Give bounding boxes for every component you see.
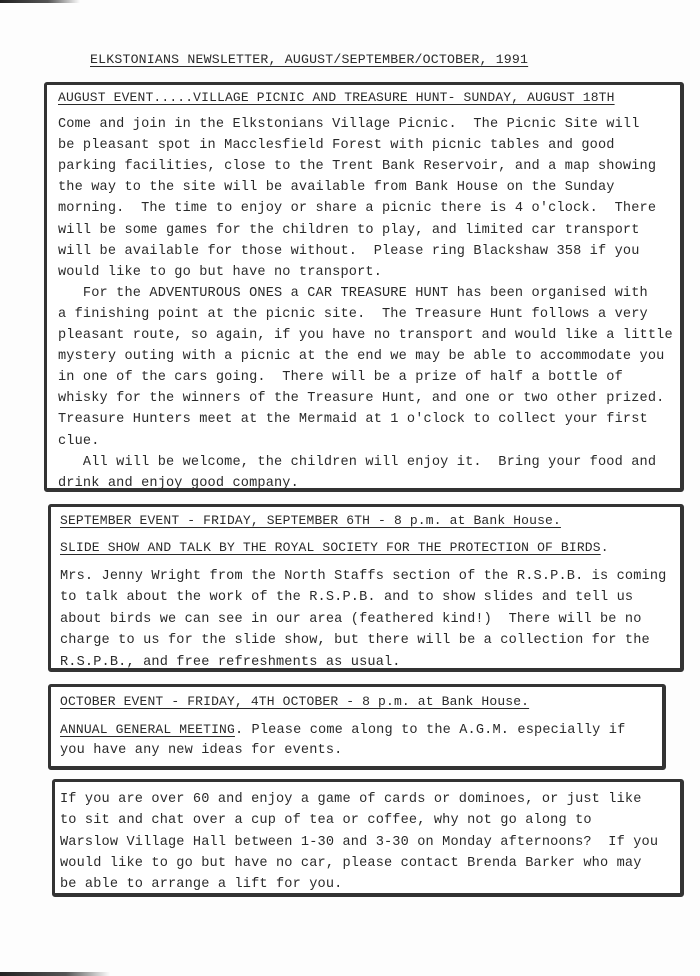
body-text-line: to talk about the work of the R.S.P.B. a… — [60, 590, 633, 605]
body-text-line: mystery outing with a picnic at the end … — [58, 349, 664, 364]
body-text-line: charge to us for the slide show, but the… — [60, 633, 650, 648]
body-text-line: Treasure Hunters meet at the Mermaid at … — [58, 412, 648, 427]
september-event-heading: SEPTEMBER EVENT - FRIDAY, SEPTEMBER 6TH … — [60, 513, 561, 528]
body-text-line: R.S.P.B., and free refreshments as usual… — [60, 655, 401, 670]
august-event-heading: AUGUST EVENT.....VILLAGE PICNIC AND TREA… — [58, 90, 615, 105]
body-text-line: be able to arrange a lift for you. — [60, 877, 342, 892]
body-text-line: will be some games for the children to p… — [58, 223, 640, 238]
scan-shadow — [0, 0, 80, 3]
october-agm-line: ANNUAL GENERAL MEETING. Please come alon… — [60, 722, 625, 738]
body-text-line: to sit and chat over a cup of tea or cof… — [60, 813, 592, 828]
body-text-line: parking facilities, close to the Trent B… — [58, 159, 656, 174]
body-text-line: If you are over 60 and enjoy a game of c… — [60, 792, 642, 807]
body-text-line: clue. — [58, 434, 100, 449]
september-event-subheading: SLIDE SHOW AND TALK BY THE ROYAL SOCIETY… — [60, 540, 609, 555]
september-subheading-text: SLIDE SHOW AND TALK BY THE ROYAL SOCIETY… — [60, 540, 601, 555]
body-text-line: a finishing point at the picnic site. Th… — [58, 307, 648, 322]
body-text-line: you have any new ideas for events. — [60, 743, 342, 758]
agm-label: ANNUAL GENERAL MEETING — [60, 722, 235, 737]
body-text-line: would like to go but have no transport. — [58, 265, 382, 280]
october-event-heading: OCTOBER EVENT - FRIDAY, 4TH OCTOBER - 8 … — [60, 694, 529, 709]
body-text-line: For the ADVENTUROUS ONES a CAR TREASURE … — [58, 286, 648, 301]
body-text-line: Warslow Village Hall between 1-30 and 3-… — [60, 835, 658, 850]
body-text-line: about birds we can see in our area (feat… — [60, 612, 642, 627]
newsletter-title: ELKSTONIANS NEWSLETTER, AUGUST/SEPTEMBER… — [90, 52, 528, 67]
body-text-line: be pleasant spot in Macclesfield Forest … — [58, 138, 615, 153]
body-text-line: Come and join in the Elkstonians Village… — [58, 117, 640, 132]
body-text-line: will be available for those without. Ple… — [58, 244, 640, 259]
body-text-line: pleasant route, so again, if you have no… — [58, 328, 673, 343]
body-text-line: Mrs. Jenny Wright from the North Staffs … — [60, 569, 666, 584]
body-text-line: the way to the site will be available fr… — [58, 180, 615, 195]
body-text-line: would like to go but have no car, please… — [60, 856, 642, 871]
september-subheading-suffix: . — [601, 540, 609, 555]
body-text-line: drink and enjoy good company. — [58, 476, 299, 491]
body-text-line: morning. The time to enjoy or share a pi… — [58, 201, 656, 216]
body-text-line: in one of the cars going. There will be … — [58, 370, 623, 385]
body-text-line: All will be welcome, the children will e… — [58, 455, 656, 470]
agm-text: . Please come along to the A.G.M. especi… — [235, 723, 625, 738]
scan-shadow — [0, 972, 110, 976]
body-text-line: whisky for the winners of the Treasure H… — [58, 391, 664, 406]
